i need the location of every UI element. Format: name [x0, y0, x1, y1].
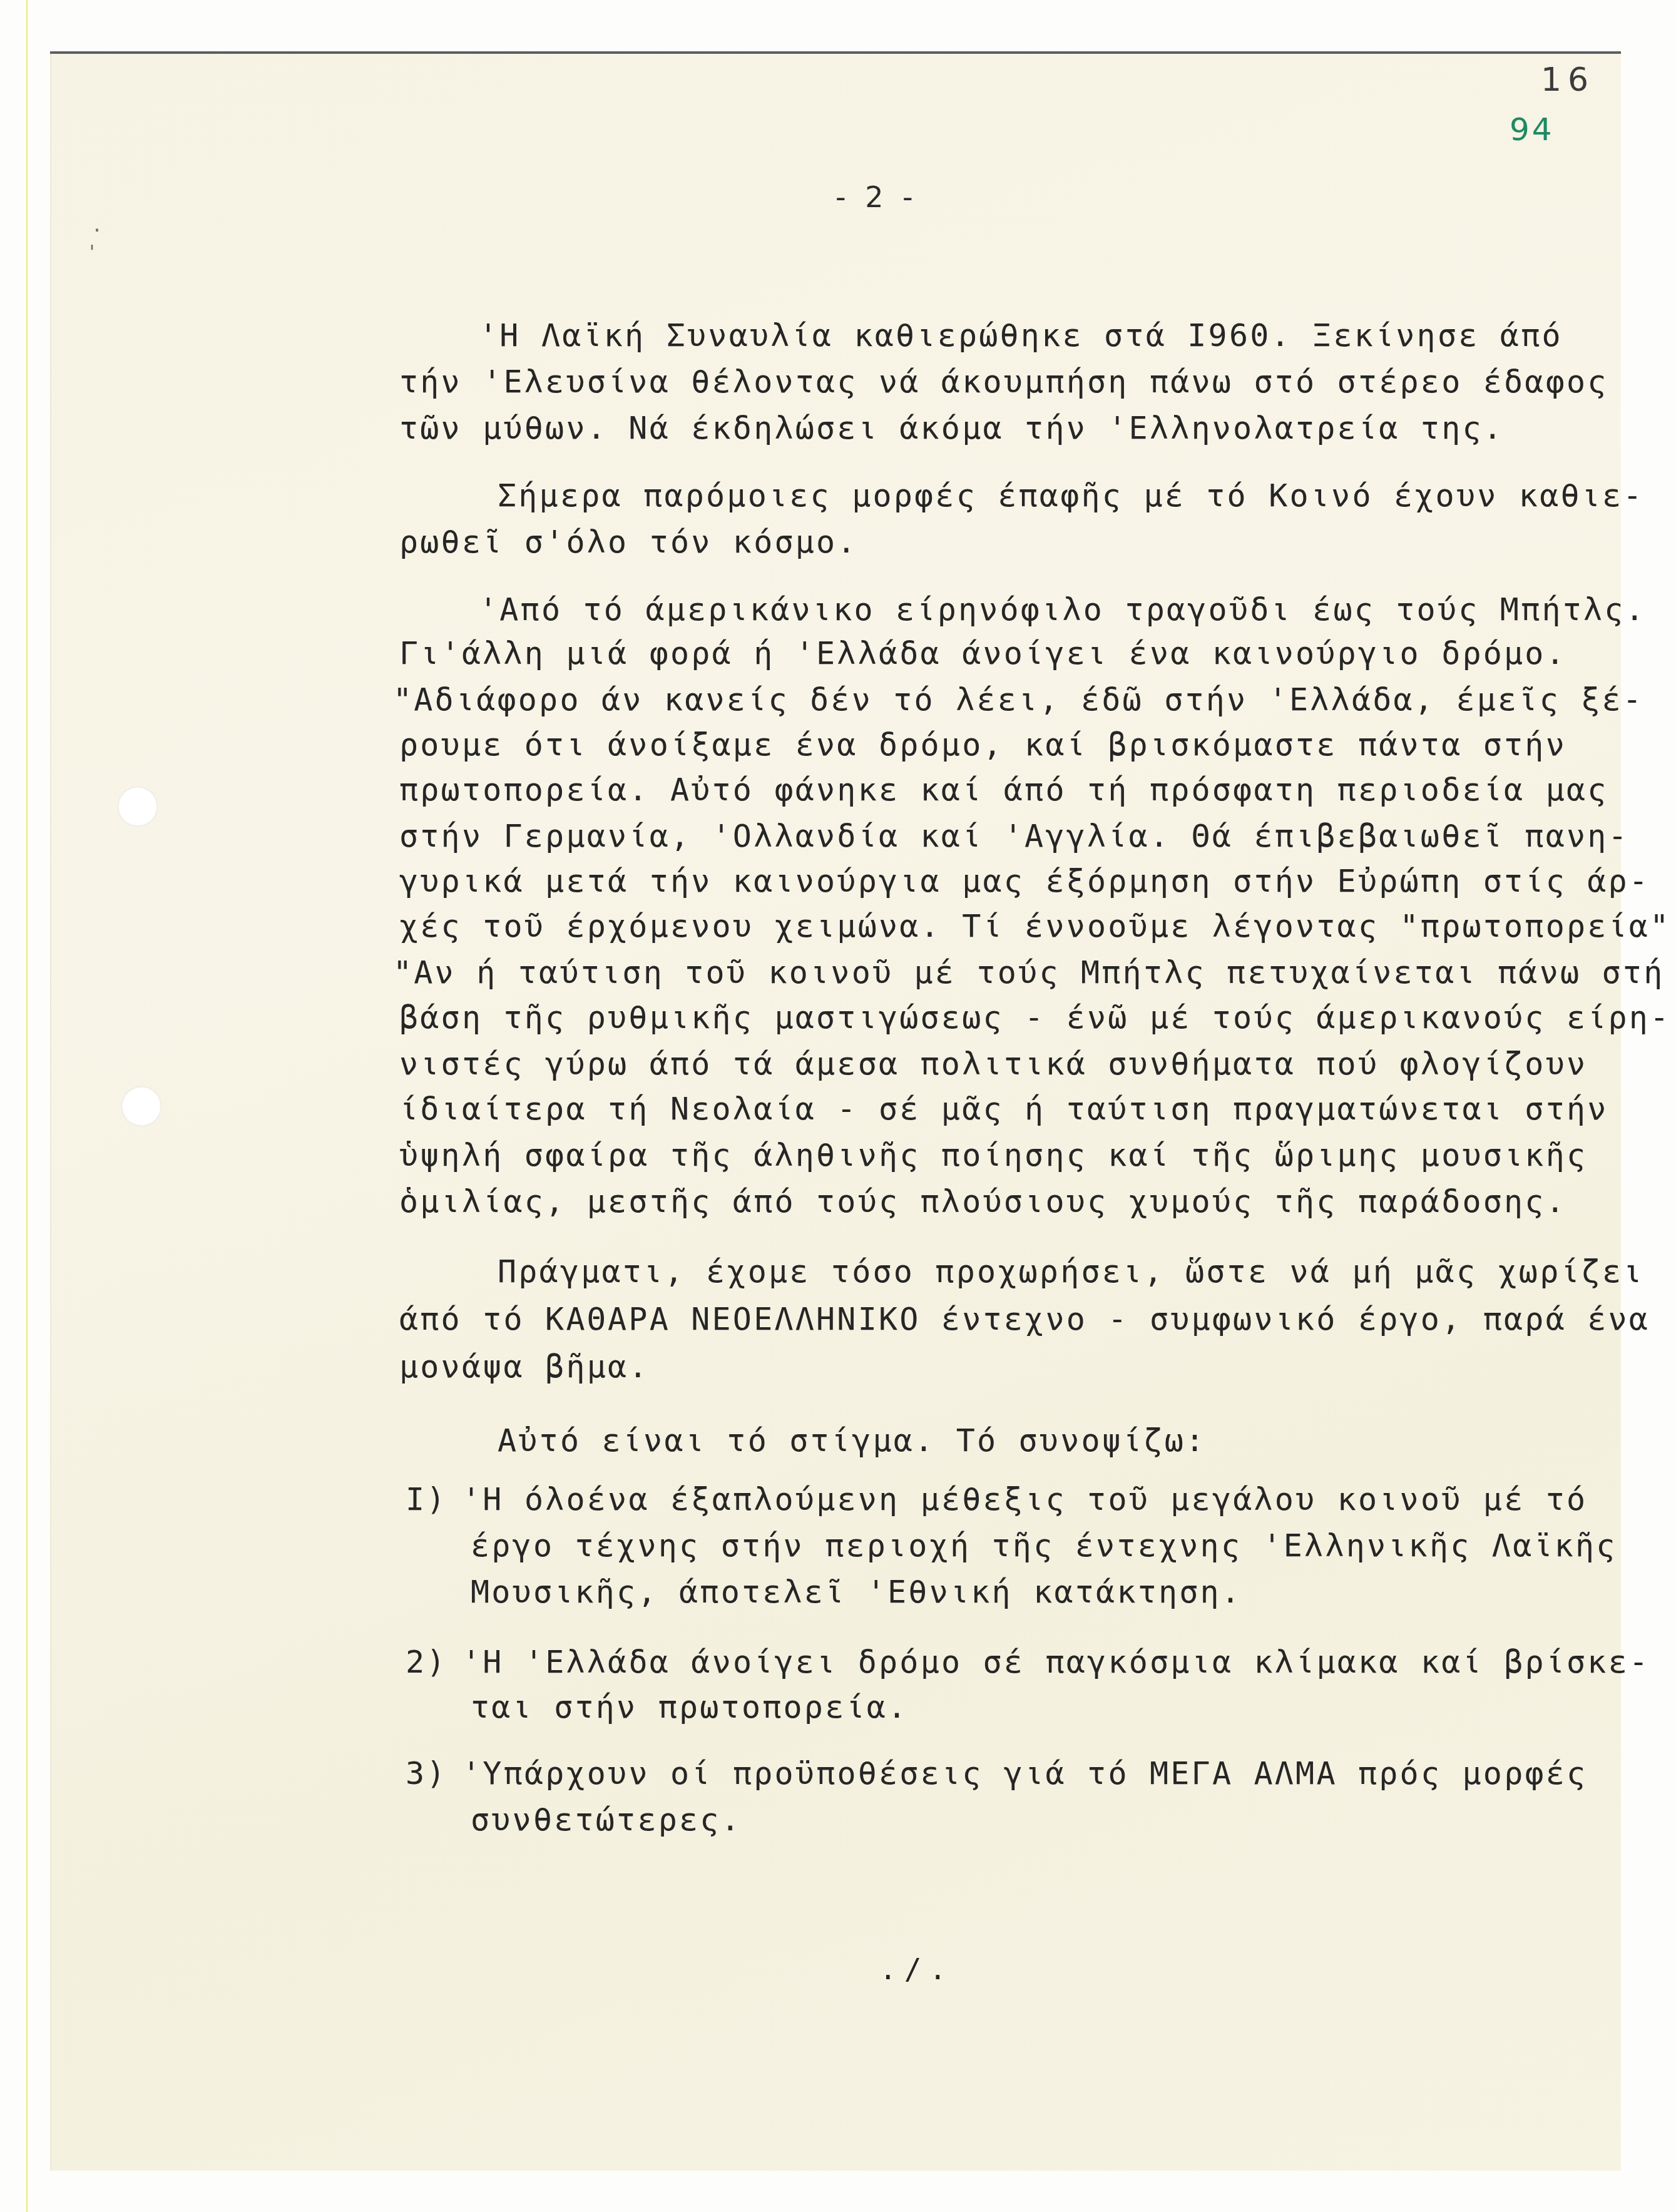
text-line: πρωτοπορεία. Αὐτό φάνηκε καί άπό τή πρόσ…	[399, 771, 1608, 808]
green-ink-folio-number: 94	[1510, 111, 1555, 148]
text-line: Αὐτό είναι τό στίγμα. Τό συνοψίζω:	[498, 1422, 1206, 1459]
text-line: ίδιαίτερα τή Νεολαία - σέ μᾶς ή ταύτιση …	[399, 1090, 1608, 1128]
list-marker: 3)	[406, 1755, 447, 1792]
list-marker: Ι)	[406, 1481, 447, 1518]
list-item-line: Μουσικῆς, άποτελεῖ 'Εθνική κατάκτηση.	[471, 1573, 1242, 1611]
text-line: ρωθεῖ σ'όλο τόν κόσμο.	[399, 523, 858, 561]
punch-hole-top	[118, 787, 158, 827]
text-line: νιστές γύρω άπό τά άμεσα πολιτικά συνθήμ…	[399, 1045, 1587, 1083]
text-line: ὑψηλή σφαίρα τῆς άληθινῆς ποίησης καί τῆ…	[399, 1136, 1587, 1174]
page-number: - 2 -	[835, 180, 918, 214]
text-line: μονάψα βῆμα.	[399, 1348, 650, 1385]
text-line: χές τοῦ έρχόμενου χειμώνα. Τί έννοοῦμε λ…	[399, 907, 1676, 945]
list-item-line: συνθετώτερες.	[471, 1801, 742, 1838]
text-line: 'Από τό άμερικάνικο είρηνόφιλο τραγοῦδι …	[479, 591, 1646, 628]
text-line: ρουμε ότι άνοίξαμε ένα δρόμο, καί βρισκό…	[399, 726, 1566, 763]
text-line: Πράγματι, έχομε τόσο προχωρήσει, ὥστε νά…	[498, 1253, 1644, 1290]
list-item-line: 'Υπάρχουν οί προϋποθέσεις γιά τό ΜΕΓΑ ΑΛ…	[462, 1755, 1587, 1792]
margin-mark: '	[86, 242, 98, 263]
text-line: τήν 'Ελευσίνα θέλοντας νά άκουμπήση πάνω…	[399, 363, 1608, 400]
pencil-folio-number: 16	[1541, 61, 1595, 99]
text-line: στήν Γερμανία, 'Ολλανδία καί 'Αγγλία. Θά…	[399, 817, 1629, 855]
text-line: γυρικά μετά τήν καινούργια μας έξόρμηση …	[399, 862, 1650, 900]
list-item-line: ται στήν πρωτοπορεία.	[471, 1688, 908, 1726]
margin-mark: ·	[91, 220, 103, 242]
text-line: τῶν μύθων. Νά έκδηλώσει άκόμα τήν 'Ελλην…	[399, 409, 1504, 447]
list-marker: 2)	[406, 1643, 447, 1681]
list-item-line: 'Η 'Ελλάδα άνοίγει δρόμο σέ παγκόσμια κλ…	[462, 1643, 1650, 1681]
text-line: Σήμερα παρόμοιες μορφές έπαφῆς μέ τό Κοι…	[498, 477, 1644, 514]
text-line: άπό τό ΚΑΘΑΡΑ ΝΕΟΕΛΛΗΝΙΚΟ έντεχνο - συμφ…	[399, 1300, 1650, 1338]
list-item-line: 'Η όλοένα έξαπλούμενη μέθεξις τοῦ μεγάλο…	[462, 1481, 1587, 1518]
text-line: ὁμιλίας, μεστῆς άπό τούς πλούσιους χυμού…	[399, 1183, 1566, 1220]
text-line: 'Η Λαϊκή Συναυλία καθιερώθηκε στά Ι960. …	[479, 317, 1563, 354]
text-line: "Αν ή ταύτιση τοῦ κοινοῦ μέ τούς Μπήτλς …	[393, 954, 1664, 991]
punch-hole-bottom	[121, 1086, 161, 1126]
scanner-edge-line	[26, 0, 28, 2212]
text-line: Γι'άλλη μιά φορά ή 'Ελλάδα άνοίγει ένα κ…	[399, 635, 1566, 672]
text-line: βάση τῆς ρυθμικῆς μαστιγώσεως - ένῶ μέ τ…	[399, 999, 1670, 1036]
list-item-line: έργο τέχνης στήν περιοχή τῆς έντεχνης 'Ε…	[471, 1527, 1617, 1564]
continuation-mark: ./.	[879, 1952, 954, 1986]
text-line: "Αδιάφορο άν κανείς δέν τό λέει, έδῶ στή…	[393, 681, 1643, 718]
